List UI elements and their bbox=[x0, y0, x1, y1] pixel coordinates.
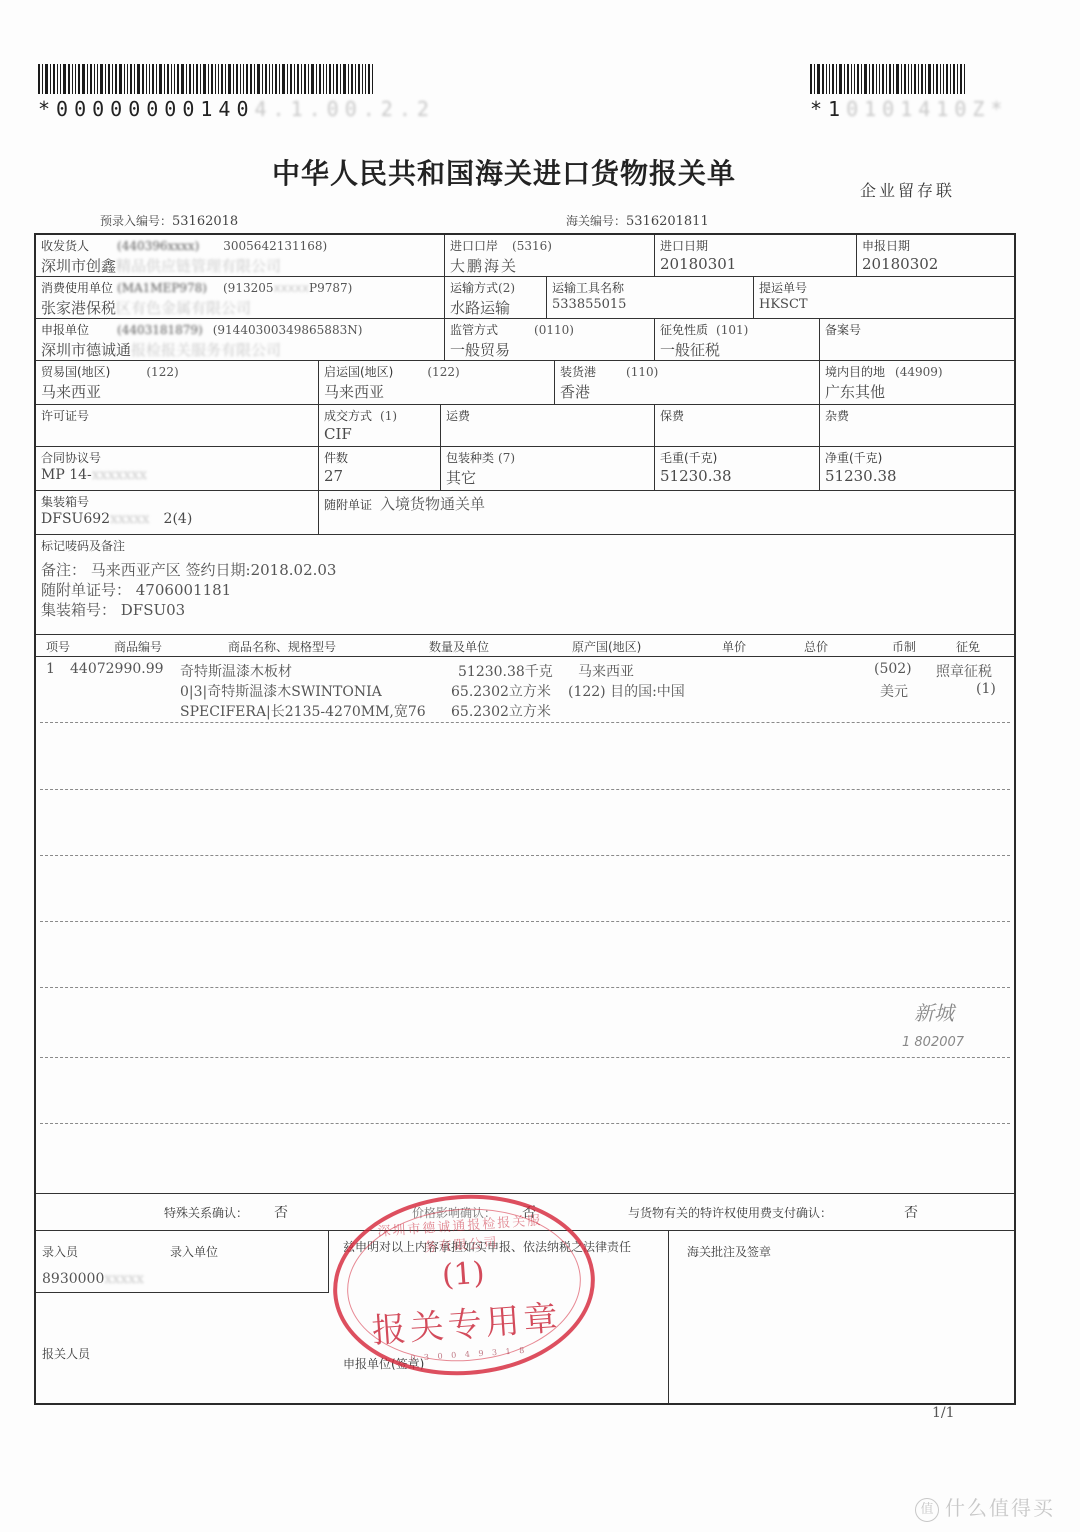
field-consumer: 消费使用单位(MA1MEP978)(913205xxxxxP9787) 张家港保… bbox=[36, 277, 445, 319]
entry-unit-label: 录入单位 bbox=[170, 1243, 218, 1260]
hs-code: 44072990.99 bbox=[70, 661, 164, 677]
col-quantity: 数量及单位 bbox=[429, 638, 489, 655]
declaration-form: 收发货人(440396xxxx)3005642131168) 深圳市创鑫精品供应… bbox=[34, 233, 1016, 1405]
field-bill-of-lading: 提运单号 HKSCT bbox=[754, 277, 1014, 319]
field-gross-weight: 毛重(千克) 51230.38 bbox=[655, 447, 820, 491]
confirmation-row: 特殊关系确认： 否 价格影响确认： 否 与货物有关的特许权使用费支付确认： 否 bbox=[36, 1193, 1014, 1231]
declarant-sign-label: 申报单位(签章) bbox=[343, 1355, 424, 1372]
field-misc-fee: 杂费 bbox=[820, 405, 1014, 447]
page-number: 1/1 bbox=[932, 1405, 955, 1421]
col-unit-price: 单价 bbox=[722, 638, 746, 655]
field-supervision-mode: 监管方式(0110) 一般贸易 bbox=[445, 319, 655, 361]
col-levy: 征免 bbox=[956, 638, 980, 655]
field-net-weight: 净重(千克) 51230.38 bbox=[820, 447, 1014, 491]
field-container-no: 集装箱号 DFSU692xxxxx2(4) bbox=[36, 491, 319, 535]
customs-number: 海关编号：5316201811 bbox=[566, 212, 709, 229]
goods-spec: SPECIFERA|长2135-4270MM,宽76 bbox=[180, 701, 426, 721]
handwritten-note: 1 802007 bbox=[902, 1035, 964, 1050]
customs-no-label: 海关编号： bbox=[566, 214, 626, 228]
field-import-date: 进口日期 20180301 bbox=[655, 235, 857, 277]
field-transaction-mode: 成交方式(1) CIF bbox=[319, 405, 441, 447]
barcode-right-number: *10101410Z* bbox=[810, 97, 1008, 121]
field-domestic-destination: 境内目的地(44909) 广东其他 bbox=[820, 361, 1014, 405]
declaration-box: 兹申明对以上内容承担如实申报、依法纳税之法律责任 申报单位(签章) bbox=[329, 1231, 669, 1403]
origin-country: 马来西亚 bbox=[578, 661, 634, 681]
customs-no-value: 5316201811 bbox=[626, 214, 709, 229]
field-license-no: 许可证号 bbox=[36, 405, 319, 447]
special-relation-value: 否 bbox=[274, 1202, 288, 1222]
watermark: 值什么值得买 bbox=[915, 1492, 1055, 1522]
pre-entry-value: 53162018 bbox=[172, 214, 238, 229]
royalty-label: 与货物有关的特许权使用费支付确认： bbox=[628, 1204, 832, 1221]
field-levy-nature: 征免性质(101) 一般征税 bbox=[655, 319, 820, 361]
col-origin: 原产国(地区) bbox=[572, 638, 641, 655]
entry-clerk-label: 录入员 bbox=[42, 1243, 78, 1260]
customs-approval-box: 海关批注及签章 bbox=[669, 1231, 1014, 1403]
quantity: 65.2302立方米 bbox=[451, 701, 551, 721]
pre-entry-number: 预录入编号：53162018 bbox=[100, 212, 238, 229]
row-divider bbox=[40, 789, 1010, 790]
quantity: 65.2302立方米 bbox=[451, 681, 551, 701]
currency-name: 美元 bbox=[880, 681, 908, 701]
remarks-line: 备注： 马来西亚产区 签约日期:2018.02.03 bbox=[41, 560, 1009, 580]
field-record-no: 备案号 bbox=[820, 319, 1014, 361]
barcode-left bbox=[38, 64, 375, 94]
barcode-left-number: *000000001404.1.00.2.2 bbox=[38, 97, 435, 121]
field-packages: 件数 27 bbox=[319, 447, 441, 491]
goods-table-header: 项号 商品编号 商品名称、规格型号 数量及单位 原产国(地区) 单价 总价 币制… bbox=[36, 635, 1014, 657]
field-package-type: 包装种类(7) 其它 bbox=[441, 447, 655, 491]
row-divider bbox=[40, 722, 1010, 723]
handwritten-note: 新城 bbox=[914, 997, 954, 1026]
barcode-right bbox=[810, 64, 967, 94]
field-contract-no: 合同协议号 MP 14-xxxxxxx bbox=[36, 447, 319, 491]
item-no: 1 bbox=[46, 661, 55, 677]
field-trade-country: 贸易国(地区)(122) 马来西亚 bbox=[36, 361, 319, 405]
watermark-badge-icon: 值 bbox=[915, 1498, 939, 1522]
remarks-section: 标记唛码及备注 备注： 马来西亚产区 签约日期:2018.02.03 随附单证号… bbox=[36, 535, 1014, 635]
quantity: 51230.38千克 bbox=[458, 661, 553, 681]
copy-type-label: 企业留存联 bbox=[860, 178, 955, 201]
field-declarant: 申报单位(4403181879)(91440300349865883N) 深圳市… bbox=[36, 319, 445, 361]
row-divider bbox=[40, 855, 1010, 856]
row-divider bbox=[40, 1123, 1010, 1124]
currency-code: (502) bbox=[874, 661, 912, 677]
declaration-statement: 兹申明对以上内容承担如实申报、依法纳税之法律责任 bbox=[343, 1239, 643, 1255]
field-freight: 运费 bbox=[441, 405, 655, 447]
levy-mode: 照章征税 bbox=[936, 661, 992, 681]
field-consignee: 收发货人(440396xxxx)3005642131168) 深圳市创鑫精品供应… bbox=[36, 235, 445, 277]
declarant-person-box: 报关人员 bbox=[36, 1293, 329, 1403]
col-currency: 币制 bbox=[892, 638, 916, 655]
field-insurance: 保费 bbox=[655, 405, 820, 447]
row-divider bbox=[40, 921, 1010, 922]
field-transport-mode: 运输方式(2) 水路运输 bbox=[445, 277, 547, 319]
entry-clerk-box: 录入员 录入单位 8930000xxxxx bbox=[36, 1231, 329, 1293]
remarks-line: 集装箱号： DFSU03 bbox=[41, 600, 1009, 620]
col-item-no: 项号 bbox=[46, 638, 70, 655]
special-relation-label: 特殊关系确认： bbox=[164, 1204, 248, 1221]
goods-name: 奇特斯温漆木板材 bbox=[180, 661, 292, 681]
field-loading-port: 装货港(110) 香港 bbox=[555, 361, 820, 405]
field-departure-country: 启运国(地区)(122) 马来西亚 bbox=[319, 361, 555, 405]
col-hs-code: 商品编号 bbox=[114, 638, 162, 655]
price-influence-value: 否 bbox=[522, 1202, 536, 1222]
pre-entry-label: 预录入编号： bbox=[100, 214, 172, 228]
price-influence-label: 价格影响确认： bbox=[412, 1204, 496, 1221]
goods-spec: 0|3|奇特斯温漆木SWINTONIA bbox=[180, 681, 382, 701]
watermark-text: 什么值得买 bbox=[945, 1496, 1055, 1520]
levy-code: (1) bbox=[976, 681, 996, 697]
col-name-spec: 商品名称、规格型号 bbox=[228, 638, 336, 655]
declarant-person-label: 报关人员 bbox=[42, 1345, 90, 1362]
row-divider bbox=[40, 987, 1010, 988]
col-total-price: 总价 bbox=[804, 638, 828, 655]
remarks-label: 标记唛码及备注 bbox=[41, 537, 1009, 554]
field-import-port: 进口口岸(5316) 大鹏海关 bbox=[445, 235, 655, 277]
row-divider bbox=[40, 1057, 1010, 1058]
document-title: 中华人民共和国海关进口货物报关单 bbox=[272, 152, 736, 192]
origin-code-destination: (122) 目的国:中国 bbox=[568, 681, 685, 701]
entry-clerk-value: 8930000xxxxx bbox=[42, 1271, 144, 1287]
royalty-value: 否 bbox=[904, 1202, 918, 1222]
field-attached-docs: 随附单证入境货物通关单 bbox=[319, 491, 1014, 535]
field-declare-date: 申报日期 20180302 bbox=[857, 235, 1014, 277]
customs-approval-label: 海关批注及签章 bbox=[687, 1243, 771, 1260]
remarks-line: 随附单证号： 4706001181 bbox=[41, 580, 1009, 600]
field-transport-tool: 运输工具名称 533855015 bbox=[547, 277, 754, 319]
